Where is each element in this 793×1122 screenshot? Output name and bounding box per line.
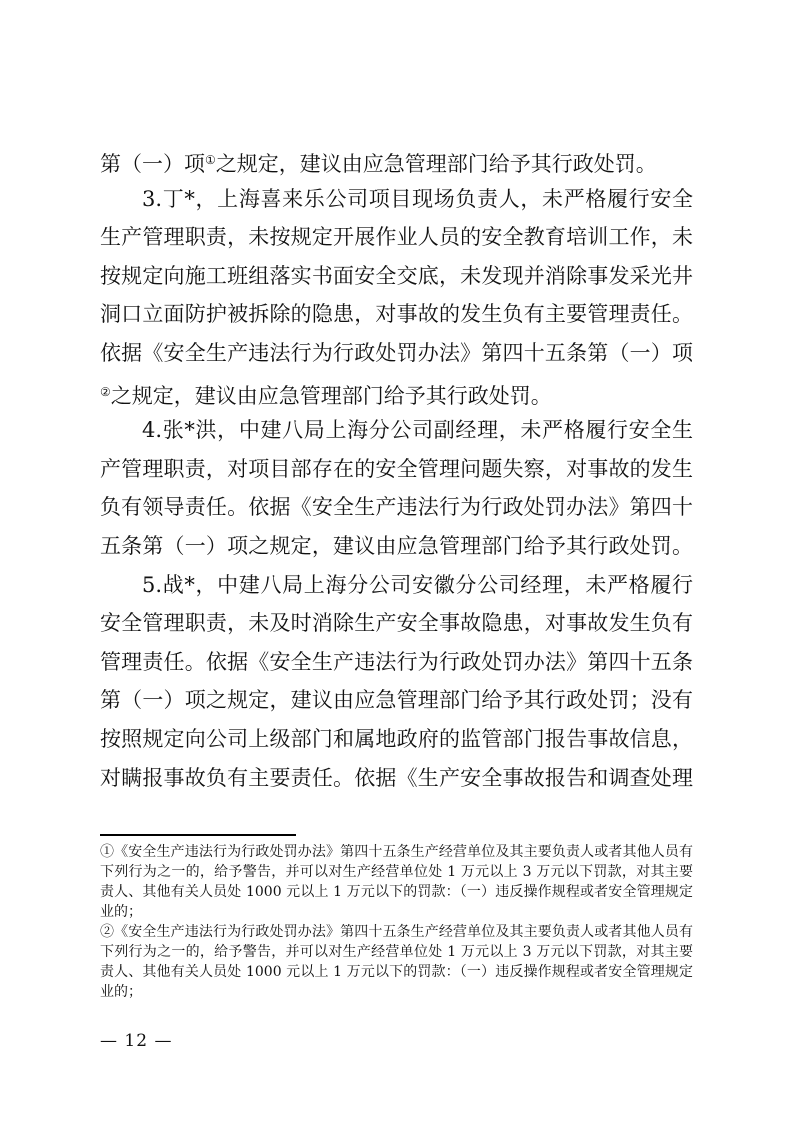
footnote-ref-marker: ②: [100, 385, 111, 399]
footnote-line: 业的；: [100, 902, 693, 922]
paragraph: 3.丁*，上海喜来乐公司项目现场负责人，未严格履行安全生产管理职责，未按规定开展…: [100, 180, 693, 412]
text-line: 负有领导责任。依据《安全生产违法行为行政处罚办法》第四十: [100, 488, 693, 527]
text-run: 洞口立面防护被拆除的隐患，对事故的发生负有主要管理责任。: [100, 302, 693, 326]
text-run: 3.丁*，上海喜来乐公司项目现场负责人，未严格履行安全: [142, 187, 693, 211]
footnote-ref-marker: ①: [205, 153, 216, 167]
text-run: 产管理职责，对项目部存在的安全管理问题失察，对事故的发生: [100, 457, 693, 481]
body-text: 第（一）项①之规定，建议由应急管理部门给予其行政处罚。3.丁*，上海喜来乐公司项…: [100, 141, 693, 797]
text-run: 之规定，建议由应急管理部门给予其行政处罚。: [216, 152, 657, 176]
text-run: 5.战*，中建八局上海分公司安徽分公司经理，未严格履行: [142, 573, 693, 597]
text-line: 第（一）项①之规定，建议由应急管理部门给予其行政处罚。: [100, 141, 693, 180]
page-number: — 12 —: [100, 1031, 172, 1051]
footnote-line: ②《安全生产违法行为行政处罚办法》第四十五条生产经营单位及其主要负责人或者其他人…: [100, 922, 693, 942]
text-line: 第（一）项之规定，建议由应急管理部门给予其行政处罚；没有: [100, 681, 693, 720]
paragraph: 第（一）项①之规定，建议由应急管理部门给予其行政处罚。: [100, 141, 693, 180]
footnote-line: 下列行为之一的，给予警告，并可以对生产经营单位处 1 万元以上 3 万元以下罚款…: [100, 942, 693, 962]
text-line: 五条第（一）项之规定，建议由应急管理部门给予其行政处罚。: [100, 527, 693, 566]
footnote: ②《安全生产违法行为行政处罚办法》第四十五条生产经营单位及其主要负责人或者其他人…: [100, 922, 693, 1002]
text-run: 按照规定向公司上级部门和属地政府的监管部门报告事故信息，: [100, 727, 693, 751]
footnote-line: ①《安全生产违法行为行政处罚办法》第四十五条生产经营单位及其主要负责人或者其他人…: [100, 842, 693, 862]
text-line: 按规定向施工班组落实书面安全交底，未发现并消除事发采光井: [100, 257, 693, 296]
footnote: ①《安全生产违法行为行政处罚办法》第四十五条生产经营单位及其主要负责人或者其他人…: [100, 842, 693, 922]
text-line: ②之规定，建议由应急管理部门给予其行政处罚。: [100, 373, 693, 412]
text-line: 产管理职责，对项目部存在的安全管理问题失察，对事故的发生: [100, 450, 693, 489]
paragraph: 4.张*洪，中建八局上海分公司副经理，未严格履行安全生产管理职责，对项目部存在的…: [100, 411, 693, 565]
footnote-line: 业的；: [100, 982, 693, 1002]
text-run: 五条第（一）项之规定，建议由应急管理部门给予其行政处罚。: [100, 534, 693, 558]
text-run: 对瞒报事故负有主要责任。依据《生产安全事故报告和调查处理: [100, 766, 693, 790]
footnotes-section: ①《安全生产违法行为行政处罚办法》第四十五条生产经营单位及其主要负责人或者其他人…: [100, 842, 693, 1002]
text-line: 生产管理职责，未按规定开展作业人员的安全教育培训工作，未: [100, 218, 693, 257]
footnote-line: 责人、其他有关人员处 1000 元以上 1 万元以下的罚款：（一）违反操作规程或…: [100, 882, 693, 902]
text-run: 管理责任。依据《安全生产违法行为行政处罚办法》第四十五条: [100, 650, 693, 674]
text-line: 按照规定向公司上级部门和属地政府的监管部门报告事故信息，: [100, 720, 693, 759]
text-run: 第（一）项之规定，建议由应急管理部门给予其行政处罚；没有: [100, 688, 693, 712]
text-run: 第（一）项: [100, 152, 205, 176]
text-run: 安全管理职责，未及时消除生产安全事故隐患，对事故发生负有: [100, 611, 693, 635]
text-run: 按规定向施工班组落实书面安全交底，未发现并消除事发采光井: [100, 264, 693, 288]
text-run: 依据《安全生产违法行为行政处罚办法》第四十五条第（一）项: [100, 341, 693, 365]
text-run: 之规定，建议由应急管理部门给予其行政处罚。: [111, 384, 552, 408]
text-line: 洞口立面防护被拆除的隐患，对事故的发生负有主要管理责任。: [100, 295, 693, 334]
text-run: 4.张*洪，中建八局上海分公司副经理，未严格履行安全生: [142, 418, 693, 442]
text-line: 3.丁*，上海喜来乐公司项目现场负责人，未严格履行安全: [100, 180, 693, 219]
footnote-line: 责人、其他有关人员处 1000 元以上 1 万元以下的罚款：（一）违反操作规程或…: [100, 962, 693, 982]
document-page: 第（一）项①之规定，建议由应急管理部门给予其行政处罚。3.丁*，上海喜来乐公司项…: [0, 0, 793, 1122]
text-run: 生产管理职责，未按规定开展作业人员的安全教育培训工作，未: [100, 225, 693, 249]
footnote-line: 下列行为之一的，给予警告，并可以对生产经营单位处 1 万元以上 3 万元以下罚款…: [100, 862, 693, 882]
text-line: 管理责任。依据《安全生产违法行为行政处罚办法》第四十五条: [100, 643, 693, 682]
text-line: 安全管理职责，未及时消除生产安全事故隐患，对事故发生负有: [100, 604, 693, 643]
text-line: 4.张*洪，中建八局上海分公司副经理，未严格履行安全生: [100, 411, 693, 450]
text-line: 依据《安全生产违法行为行政处罚办法》第四十五条第（一）项: [100, 334, 693, 373]
text-run: 负有领导责任。依据《安全生产违法行为行政处罚办法》第四十: [100, 495, 693, 519]
paragraph: 5.战*，中建八局上海分公司安徽分公司经理，未严格履行安全管理职责，未及时消除生…: [100, 566, 693, 798]
text-line: 对瞒报事故负有主要责任。依据《生产安全事故报告和调查处理: [100, 759, 693, 798]
text-line: 5.战*，中建八局上海分公司安徽分公司经理，未严格履行: [100, 566, 693, 605]
footnote-separator-rule: [100, 834, 296, 836]
